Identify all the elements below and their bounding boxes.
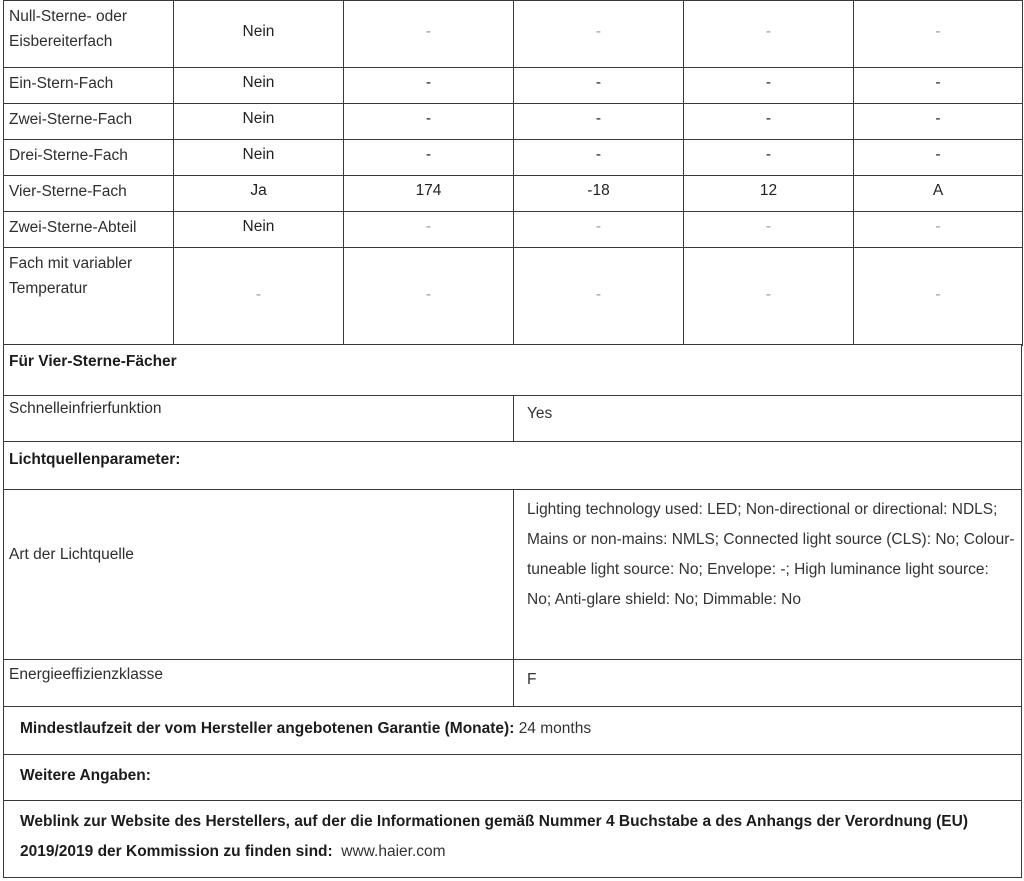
compartment-value: - (514, 74, 683, 92)
fast-freeze-value: Yes (527, 399, 1015, 429)
light-source-type-value: Lighting technology used: LED; Non-direc… (527, 495, 1015, 615)
compartment-value-cell: - (513, 139, 684, 176)
compartment-label-cell: Zwei-Sterne-Abteil (3, 211, 174, 248)
compartment-value-cell: - (343, 247, 514, 346)
light-source-type-label-cell: Art der Lichtquelle (3, 489, 514, 660)
light-source-type-label: Art der Lichtquelle (9, 542, 509, 567)
warranty-value: 24 months (519, 720, 591, 737)
compartment-value-cell: - (853, 211, 1023, 248)
additional-info-label: Weitere Angaben: (20, 761, 1013, 791)
compartment-label: Vier-Sterne-Fach (9, 179, 169, 204)
four-star-heading-row: Für Vier-Sterne-Fächer (3, 344, 1022, 396)
compartment-value-cell: - (513, 67, 684, 104)
compartment-value-cell: 12 (683, 175, 854, 212)
compartment-label-cell: Drei-Sterne-Fach (3, 139, 174, 176)
compartment-value: - (854, 146, 1022, 164)
compartment-present: Nein (174, 218, 343, 236)
manufacturer-weblink[interactable]: www.haier.com (341, 843, 445, 860)
compartment-label-cell: Fach mit variabler Temperatur (3, 247, 174, 346)
compartment-label: Zwei-Sterne-Fach (9, 107, 169, 132)
compartment-value: - (344, 110, 513, 128)
compartment-value: - (514, 286, 683, 304)
compartment-value-cell: - (853, 67, 1023, 104)
fast-freeze-label-cell: Schnelleinfrierfunktion (3, 395, 514, 442)
efficiency-value-cell: F (513, 659, 1022, 707)
compartment-label-cell: Ein-Stern-Fach (3, 67, 174, 104)
compartment-value: - (684, 23, 853, 41)
compartment-value-cell: 174 (343, 175, 514, 212)
warranty-label: Mindestlaufzeit der vom Hersteller angeb… (20, 720, 514, 737)
weblink-row: Weblink zur Website des Herstellers, auf… (3, 800, 1022, 878)
efficiency-label: Energieeffizienzklasse (9, 662, 509, 687)
efficiency-label-cell: Energieeffizienzklasse (3, 659, 514, 707)
compartment-present-cell: Nein (173, 211, 344, 248)
compartment-value-cell: - (853, 247, 1023, 346)
four-star-heading: Für Vier-Sterne-Fächer (9, 349, 1017, 374)
compartment-value: - (684, 286, 853, 304)
warranty-row: Mindestlaufzeit der vom Hersteller angeb… (3, 706, 1022, 755)
compartment-value-cell: - (683, 103, 854, 140)
compartment-label: Ein-Stern-Fach (9, 71, 169, 96)
compartment-value: - (344, 74, 513, 92)
fast-freeze-label: Schnelleinfrierfunktion (9, 396, 509, 421)
compartment-value: - (684, 74, 853, 92)
compartment-value: A (854, 182, 1022, 200)
compartment-value-cell: - (343, 211, 514, 248)
compartment-value-cell: - (683, 247, 854, 346)
light-source-type-value-cell: Lighting technology used: LED; Non-direc… (513, 489, 1022, 660)
compartment-present: Ja (174, 182, 343, 200)
compartment-value: - (344, 146, 513, 164)
compartment-present: Nein (174, 110, 343, 128)
compartment-value: - (854, 23, 1022, 41)
compartment-label-cell: Null-Sterne- oder Eisbereiterfach (3, 0, 174, 68)
compartment-value-cell: - (853, 0, 1023, 68)
compartment-value: 174 (344, 182, 513, 200)
compartment-label-cell: Vier-Sterne-Fach (3, 175, 174, 212)
compartment-value-cell: - (513, 103, 684, 140)
compartment-present-cell: Nein (173, 67, 344, 104)
compartment-value: - (344, 218, 513, 236)
additional-info-row: Weitere Angaben: (3, 754, 1022, 801)
compartment-value-cell: - (513, 0, 684, 68)
compartment-value: - (684, 110, 853, 128)
compartment-value: - (514, 146, 683, 164)
compartment-label-cell: Zwei-Sterne-Fach (3, 103, 174, 140)
compartment-value: - (854, 110, 1022, 128)
compartment-value: 12 (684, 182, 853, 200)
compartment-present-cell: - (173, 247, 344, 346)
compartment-value-cell: - (513, 211, 684, 248)
light-source-heading: Lichtquellenparameter: (9, 447, 1017, 472)
compartment-value-cell: - (343, 139, 514, 176)
compartment-value: - (514, 110, 683, 128)
compartment-present-cell: Nein (173, 0, 344, 68)
compartment-value-cell: - (343, 67, 514, 104)
compartment-label: Null-Sterne- oder Eisbereiterfach (9, 4, 169, 54)
compartment-value: - (684, 146, 853, 164)
compartment-value-cell: - (853, 139, 1023, 176)
compartment-value-cell: - (853, 103, 1023, 140)
compartment-present-cell: Nein (173, 139, 344, 176)
compartment-value-cell: - (683, 67, 854, 104)
product-information-sheet: Null-Sterne- oder EisbereiterfachNein---… (0, 0, 1024, 881)
compartment-value: - (344, 286, 513, 304)
fast-freeze-value-cell: Yes (513, 395, 1022, 442)
compartment-value-cell: - (343, 0, 514, 68)
weblink-text: Weblink zur Website des Herstellers, auf… (20, 807, 1013, 867)
compartment-present-cell: Ja (173, 175, 344, 212)
compartment-value: - (854, 74, 1022, 92)
compartment-value-cell: - (513, 247, 684, 346)
compartment-value-cell: - (683, 0, 854, 68)
compartment-value: - (344, 23, 513, 41)
compartment-present-cell: Nein (173, 103, 344, 140)
compartment-present: - (174, 286, 343, 304)
compartment-present: Nein (174, 23, 343, 41)
compartment-value-cell: -18 (513, 175, 684, 212)
compartment-value: - (684, 218, 853, 236)
compartment-present: Nein (174, 74, 343, 92)
compartment-value-cell: - (683, 139, 854, 176)
compartment-value: -18 (514, 182, 683, 200)
compartment-value-cell: A (853, 175, 1023, 212)
light-source-heading-row: Lichtquellenparameter: (3, 441, 1022, 490)
compartment-label: Fach mit variabler Temperatur (9, 251, 169, 301)
compartment-label: Zwei-Sterne-Abteil (9, 215, 169, 240)
compartment-value: - (514, 23, 683, 41)
warranty-text: Mindestlaufzeit der vom Hersteller angeb… (20, 714, 1013, 744)
compartment-value: - (854, 218, 1022, 236)
compartment-value-cell: - (343, 103, 514, 140)
compartment-value: - (854, 286, 1022, 304)
efficiency-value: F (527, 665, 1015, 695)
weblink-label: Weblink zur Website des Herstellers, auf… (20, 813, 968, 860)
compartment-value: - (514, 218, 683, 236)
compartment-value-cell: - (683, 211, 854, 248)
compartment-label: Drei-Sterne-Fach (9, 143, 169, 168)
compartment-present: Nein (174, 146, 343, 164)
